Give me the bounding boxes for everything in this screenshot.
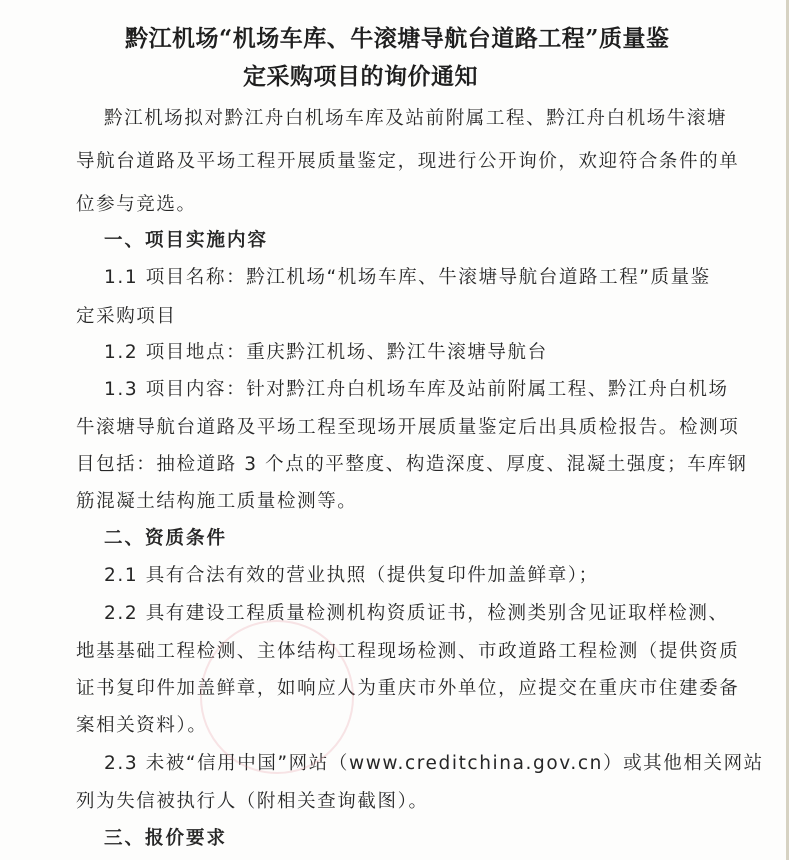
intro-line-2: 导航台道路及平场工程开展质量鉴定，现进行公开询价，欢迎符合条件的单 <box>76 147 739 173</box>
title-line-2: 定采购项目的询价通知 <box>243 58 478 96</box>
item-1-3-line-4: 筋混凝土结构施工质量检测等。 <box>76 487 357 513</box>
title-line-1: 黔江机场“机场车库、牛滚塘导航台道路工程”质量鉴 <box>125 20 669 58</box>
item-1-1-line-1: 1.1 项目名称：黔江机场“机场车库、牛滚塘导航台道路工程”质量鉴 <box>104 263 711 289</box>
item-1-2-line-1: 1.2 项目地点：重庆黔江机场、黔江牛滚塘导航台 <box>104 338 548 364</box>
item-2-3-line-2: 列为失信被执行人（附相关查询截图）。 <box>76 787 429 813</box>
intro-line-1: 黔江机场拟对黔江舟白机场车库及站前附属工程、黔江舟白机场牛滚塘 <box>104 104 727 130</box>
item-2-2-line-1: 2.2 具有建设工程质量检测机构资质证书，检测类别含见证取样检测、 <box>104 599 729 625</box>
item-1-3-line-2: 牛滚塘导航台道路及平场工程至现场开展质量鉴定后出具质检报告。检测项 <box>76 413 739 439</box>
item-2-2-line-3: 证书复印件加盖鲜章，如响应人为重庆市外单位，应提交在重庆市住建委备 <box>76 674 739 700</box>
item-2-3-line-1: 2.3 未被“信用中国”网站（www.creditchina.gov.cn）或其… <box>104 749 764 775</box>
item-1-3-line-1: 1.3 项目内容：针对黔江舟白机场车库及站前附属工程、黔江舟白机场 <box>104 375 729 401</box>
intro-line-3: 位参与竞选。 <box>76 190 197 216</box>
section-3-heading: 三、报价要求 <box>104 824 227 850</box>
section-1-heading: 一、项目实施内容 <box>104 226 268 252</box>
document-page: 黔江机场“机场车库、牛滚塘导航台道路工程”质量鉴 定采购项目的询价通知 黔江机场… <box>0 0 789 860</box>
section-2-heading: 二、资质条件 <box>104 524 227 550</box>
item-2-2-line-4: 案相关资料）。 <box>76 711 207 737</box>
item-1-3-line-3: 目包括：抽检道路 3 个点的平整度、构造深度、厚度、混凝土强度；车库钢 <box>76 450 748 476</box>
item-2-1-line-1: 2.1 具有合法有效的营业执照（提供复印件加盖鲜章）； <box>104 561 599 587</box>
item-1-1-line-2: 定采购项目 <box>76 302 177 328</box>
item-2-2-line-2: 地基基础工程检测、主体结构工程现场检测、市政道路工程检测（提供资质 <box>76 637 739 663</box>
